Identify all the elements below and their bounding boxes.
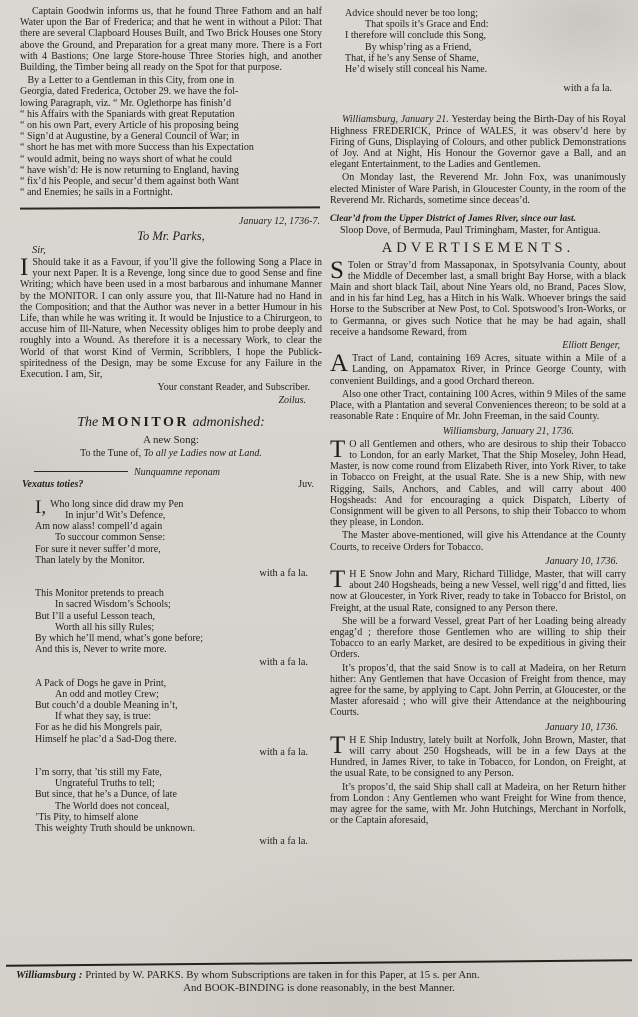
- news-john-fox: On Monday last, the Reverend Mr. John Fo…: [330, 172, 626, 206]
- refrain: with a fa la.: [20, 568, 308, 579]
- imprint-place: Williamsburg :: [16, 969, 83, 981]
- imprint-rule: [6, 959, 632, 967]
- ad-industry-2: It’s propos’d, the said Ship shall call …: [330, 782, 626, 827]
- imprint-text1: Printed by W. PARKS. By whom Subscriptio…: [83, 969, 480, 981]
- letter-body: IShould take it as a Favour, if you’ll g…: [20, 257, 322, 380]
- song-stanza-final: Advice should never be too long; That sp…: [345, 8, 626, 75]
- ad-dateline: Williamsburg, January 21, 1736.: [330, 426, 574, 437]
- tune-title: To all ye Ladies now at Land.: [144, 448, 262, 459]
- article-goodwin: Captain Goodwin informs us, that he foun…: [20, 6, 322, 73]
- letter-signature: Zoilus.: [20, 395, 306, 406]
- ad-ship-moseley: TO all Gentlemen and others, who are des…: [330, 439, 626, 529]
- ad-land-tract-2: Also one other Tract, containing 100 Acr…: [330, 389, 626, 423]
- song-heading: The MONITOR admonished:: [20, 417, 322, 428]
- stanza-dropcap: I,: [35, 499, 50, 515]
- news-birthday: Williamsburg, January 21. Yesterday bein…: [330, 114, 626, 170]
- ad-ship-industry: TH E Ship Industry, lately built at Norf…: [330, 735, 626, 780]
- newspaper-page: Captain Goodwin informs us, that he foun…: [0, 0, 638, 1017]
- letter-dropcap: I: [20, 257, 32, 278]
- letter-salutation: To Mr. Parks,: [20, 231, 322, 242]
- refrain: with a fa la.: [330, 83, 612, 94]
- ad-dateline: January 10, 1736.: [330, 556, 618, 567]
- song-heading-the: The: [77, 415, 98, 430]
- letter-closing: Your constant Reader, and Subscriber.: [20, 382, 310, 393]
- ad-dropcap: T: [330, 735, 349, 756]
- imprint: Williamsburg : Printed by W. PARKS. By w…: [0, 969, 638, 995]
- song-stanza-2: This Monitor pretends to preach In sacre…: [35, 588, 322, 655]
- epigraph-line1: Nunquamne reponam: [20, 467, 322, 478]
- column-left: Captain Goodwin informs us, that he foun…: [20, 6, 322, 847]
- ad-land-tract: ATract of Land, containing 169 Acres, si…: [330, 353, 626, 387]
- ad-text: H E Ship Industry, lately built at Norfo…: [330, 735, 626, 780]
- letter-text: Should take it as a Favour, if you’ll gi…: [20, 257, 322, 380]
- ad-snow-john-and-mary: TH E Snow John and Mary, Richard Tillidg…: [330, 569, 626, 614]
- ad-dateline: January 10, 1736.: [330, 722, 618, 733]
- epigraph-text1: Nunquamne reponam: [134, 467, 220, 478]
- ad-dropcap: A: [330, 353, 352, 374]
- column-right: Advice should never be too long; That sp…: [330, 6, 626, 828]
- song-heading-monitor: MONITOR: [102, 415, 189, 430]
- refrain: with a fa la.: [20, 747, 308, 758]
- ad-stray-horse: STolen or Stray’d from Massaponax, in Sp…: [330, 260, 626, 338]
- clearances-heading: Clear’d from the Upper District of James…: [330, 213, 626, 224]
- advertisements-title: ADVERTISEMENTS.: [330, 243, 626, 254]
- epigraph-attribution: Juv.: [298, 479, 314, 490]
- ad-snow-3: It’s propos’d, that the said Snow is to …: [330, 663, 626, 719]
- imprint-line1: Williamsburg : Printed by W. PARKS. By w…: [0, 969, 638, 982]
- letter-dateline: January 12, 1736-7.: [20, 216, 320, 227]
- article-georgia-letter: By a Letter to a Gentleman in this City,…: [20, 75, 322, 198]
- song-stanza-1: I,Who long since did draw my Pen In inju…: [35, 499, 322, 566]
- stanza-lines: Who long since did draw my Pen In injur’…: [35, 499, 183, 566]
- refrain: with a fa la.: [20, 836, 308, 847]
- epigraph-text2: Vexatus toties?: [22, 479, 83, 490]
- ad-signature: Elliott Benger,: [330, 340, 620, 351]
- ad-dropcap: S: [330, 260, 348, 281]
- song-tune-line: To the Tune of, To all ye Ladies now at …: [20, 448, 322, 459]
- news-dateline: Williamsburg, January 21.: [342, 114, 451, 125]
- ad-text: H E Snow John and Mary, Richard Tillidge…: [330, 569, 626, 614]
- ad-snow-2: She will be a forward Vessel, great Part…: [330, 616, 626, 661]
- song-subtitle: A new Song:: [20, 435, 322, 446]
- ad-ship-moseley-2: The Master above-mentioned, will give hi…: [330, 530, 626, 552]
- imprint-line2: And BOOK-BINDING is done reasonably, in …: [0, 982, 638, 995]
- ad-text: Tract of Land, containing 169 Acres, sit…: [330, 353, 626, 386]
- ad-dropcap: T: [330, 439, 349, 460]
- song-heading-admonished: admonished:: [192, 415, 264, 430]
- tune-prefix: To the Tune of,: [80, 448, 143, 459]
- song-stanza-3: A Pack of Dogs he gave in Print, An odd …: [35, 678, 322, 745]
- ad-dropcap: T: [330, 569, 349, 590]
- letter-sir: Sir,: [32, 245, 322, 256]
- ad-text: Tolen or Stray’d from Massaponax, in Spo…: [330, 260, 626, 338]
- column-rule: [20, 207, 320, 210]
- refrain: with a fa la.: [20, 657, 308, 668]
- song-stanza-4: I’m sorry, that ’tis still my Fate, Ungr…: [35, 767, 322, 834]
- epigraph-line2: Vexatus toties? Juv.: [22, 479, 314, 490]
- clearances-entry: Sloop Dove, of Bermuda, Paul Trimingham,…: [330, 225, 626, 236]
- ad-text: O all Gentlemen and others, who are desi…: [330, 439, 626, 528]
- epigraph-dash: [34, 471, 128, 472]
